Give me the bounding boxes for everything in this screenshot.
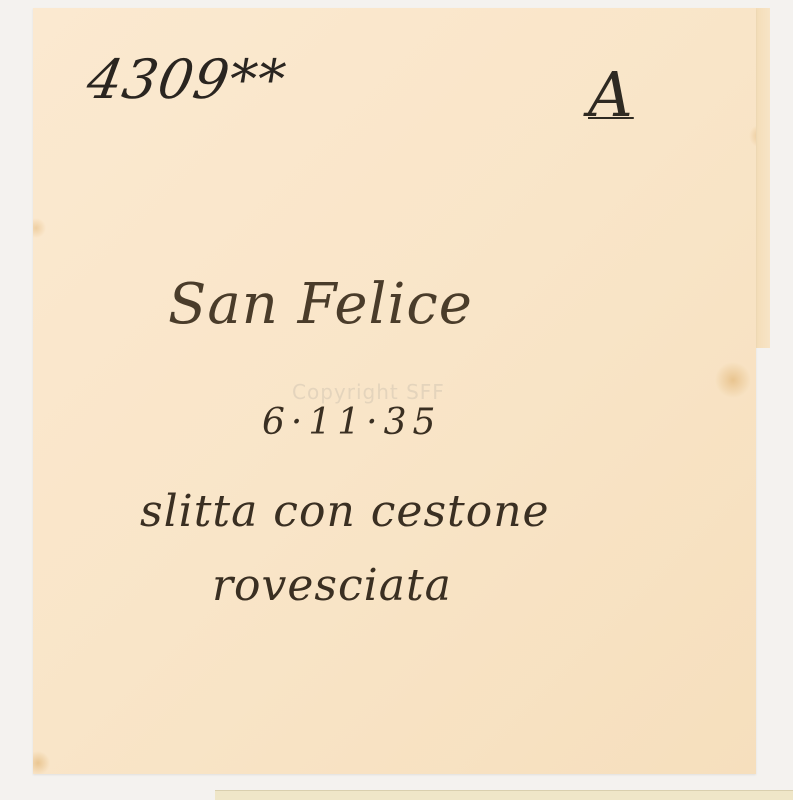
description-line-1: slitta con cestone: [140, 486, 550, 537]
underlying-sheet: [215, 790, 793, 800]
copyright-watermark: Copyright SFF: [292, 380, 445, 404]
catalog-number: 4309**: [82, 48, 291, 111]
date: 6·11·35: [262, 402, 441, 443]
card-edge: [756, 8, 770, 348]
series-letter: A: [588, 58, 634, 131]
description-line-2: rovesciata: [212, 560, 452, 611]
place-name: San Felice: [168, 272, 473, 337]
